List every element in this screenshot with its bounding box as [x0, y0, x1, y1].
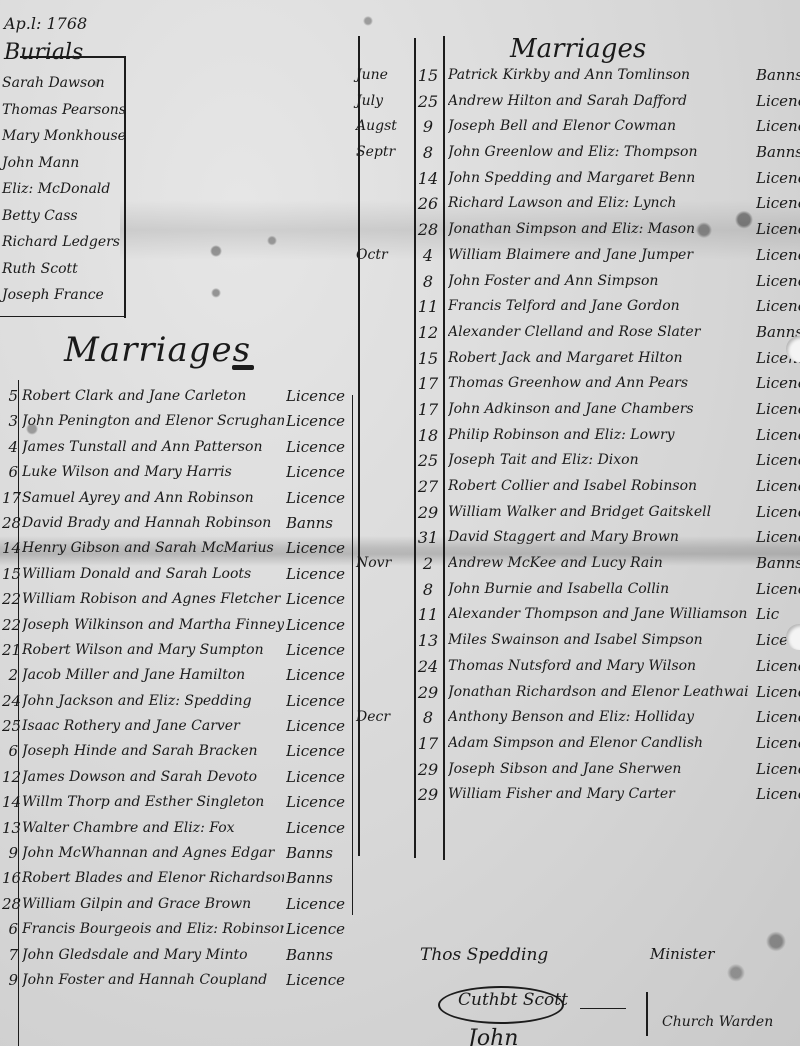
day-cell: 25: [2, 714, 18, 739]
marriage-row: 6Joseph Hinde and Sarah BrackenLicence: [0, 739, 360, 764]
day-cell: 9: [414, 114, 442, 139]
month-cell: Augst: [356, 114, 412, 139]
marriage-row: Decr8Anthony Benson and Eliz: HollidayLi…: [352, 705, 800, 731]
day-cell: 29: [414, 757, 442, 782]
type-cell: Licence: [756, 782, 800, 807]
burial-entry: John Mann: [0, 150, 124, 177]
names-cell: John McWhannan and Agnes Edgar: [22, 841, 284, 866]
names-cell: Alexander Thompson and Jane Williamson: [448, 602, 748, 627]
day-cell: 29: [414, 680, 442, 705]
month-cell: Decr: [356, 705, 412, 730]
month-cell: Septr: [356, 140, 412, 165]
day-cell: 6: [2, 917, 18, 942]
names-cell: William Fisher and Mary Carter: [448, 782, 748, 807]
type-cell: Licence: [756, 243, 800, 268]
names-cell: Isaac Rothery and Jane Carver: [22, 714, 284, 739]
names-cell: Joseph Sibson and Jane Sherwen: [448, 757, 748, 782]
day-cell: 25: [414, 89, 442, 114]
names-cell: Francis Bourgeois and Eliz: Robinson: [22, 917, 284, 942]
type-cell: Licence: [756, 525, 800, 550]
burials-box-bottom-border: [0, 316, 126, 317]
day-cell: 9: [2, 968, 18, 993]
names-cell: David Brady and Hannah Robinson: [22, 511, 284, 536]
type-cell: Licence: [756, 577, 800, 602]
day-cell: 8: [414, 140, 442, 165]
type-cell: Licence: [286, 689, 360, 714]
day-cell: 12: [414, 320, 442, 345]
burial-entry: Ruth Scott: [0, 256, 124, 283]
type-cell: Banns: [286, 511, 360, 536]
day-cell: 8: [414, 269, 442, 294]
marriage-row: 5Robert Clark and Jane CarletonLicence: [0, 384, 360, 409]
day-cell: 13: [2, 816, 18, 841]
marriage-row: 14Willm Thorp and Esther SingletonLicenc…: [0, 790, 360, 815]
marriage-row: July25Andrew Hilton and Sarah DaffordLic…: [352, 89, 800, 115]
signature-bracket: [646, 992, 648, 1036]
names-cell: William Walker and Bridget Gaitskell: [448, 500, 748, 525]
names-cell: Joseph Bell and Elenor Cowman: [448, 114, 748, 139]
type-cell: Licence: [756, 500, 800, 525]
day-cell: 4: [414, 243, 442, 268]
day-cell: 5: [2, 384, 18, 409]
burial-entry: Sarah Dawson: [0, 70, 124, 97]
churchwarden-signature: Cuthbt Scott: [458, 990, 568, 1010]
minister-signature: Thos Spedding: [420, 945, 548, 965]
type-cell: Banns: [756, 63, 800, 88]
names-cell: Robert Collier and Isabel Robinson: [448, 474, 748, 499]
marriage-row: 26Richard Lawson and Eliz: LynchLicence: [352, 191, 800, 217]
type-cell: Banns: [286, 943, 360, 968]
names-cell: Jonathan Simpson and Eliz: Mason: [448, 217, 748, 242]
type-cell: Licence: [286, 613, 360, 638]
day-cell: 17: [414, 371, 442, 396]
day-cell: 15: [2, 562, 18, 587]
marriage-row: 18Philip Robinson and Eliz: LowryLicence: [352, 423, 800, 449]
day-cell: 25: [414, 448, 442, 473]
type-cell: Lic: [756, 602, 800, 627]
names-cell: Robert Blades and Elenor Richardson: [22, 866, 284, 891]
day-cell: 7: [2, 943, 18, 968]
burial-entry: Betty Cass: [0, 203, 124, 230]
day-cell: 6: [2, 460, 18, 485]
type-cell: Licence: [756, 269, 800, 294]
names-cell: John Penington and Elenor Scrugham: [22, 409, 284, 434]
type-cell: Licence: [756, 474, 800, 499]
names-cell: David Staggert and Mary Brown: [448, 525, 748, 550]
day-cell: 15: [414, 346, 442, 371]
marriage-row: 22William Robison and Agnes FletcherLice…: [0, 587, 360, 612]
marriage-row: 2Jacob Miller and Jane HamiltonLicence: [0, 663, 360, 688]
day-cell: 28: [2, 511, 18, 536]
day-cell: 6: [2, 739, 18, 764]
names-cell: Patrick Kirkby and Ann Tomlinson: [448, 63, 748, 88]
names-cell: Alexander Clelland and Rose Slater: [448, 320, 748, 345]
type-cell: Licence: [286, 790, 360, 815]
day-cell: 16: [2, 866, 18, 891]
marriage-row: 28David Brady and Hannah RobinsonBanns: [0, 511, 360, 536]
type-cell: Licence: [756, 166, 800, 191]
type-cell: Licence: [756, 423, 800, 448]
marriage-row: 9John McWhannan and Agnes EdgarBanns: [0, 841, 360, 866]
names-cell: Jonathan Richardson and Elenor Leathwait…: [448, 680, 748, 705]
marriage-row: 25Joseph Tait and Eliz: DixonLicence: [352, 448, 800, 474]
names-cell: John Foster and Hannah Coupland: [22, 968, 284, 993]
month-cell: June: [356, 63, 412, 88]
marriage-row: 17Adam Simpson and Elenor CandlishLicenc…: [352, 731, 800, 757]
left-marriages-list: 5Robert Clark and Jane CarletonLicence 3…: [0, 384, 360, 993]
names-cell: Joseph Tait and Eliz: Dixon: [448, 448, 748, 473]
register-page: Ap.l: 1768 Burials Sarah Dawson Thomas P…: [0, 0, 800, 1046]
month-cell: July: [356, 89, 412, 114]
day-cell: 9: [2, 841, 18, 866]
marriage-row: 15William Donald and Sarah LootsLicence: [0, 562, 360, 587]
marriage-row: 3John Penington and Elenor ScrughamLicen…: [0, 409, 360, 434]
names-cell: John Spedding and Margaret Benn: [448, 166, 748, 191]
left-marriages-title: Marriages: [64, 330, 251, 370]
title-underline-dash: [232, 365, 254, 370]
burials-year-heading: Ap.l: 1768: [4, 14, 87, 33]
type-cell: Licence: [286, 816, 360, 841]
day-cell: 22: [2, 613, 18, 638]
names-cell: James Dowson and Sarah Devoto: [22, 765, 284, 790]
type-cell: Licence: [286, 638, 360, 663]
type-cell: Licence: [286, 892, 360, 917]
marriage-row: 21Robert Wilson and Mary SumptonLicence: [0, 638, 360, 663]
names-cell: Francis Telford and Jane Gordon: [448, 294, 748, 319]
marriage-row: 16Robert Blades and Elenor RichardsonBan…: [0, 866, 360, 891]
marriage-row: 13Miles Swainson and Isabel SimpsonLicen…: [352, 628, 800, 654]
day-cell: 11: [414, 602, 442, 627]
day-cell: 14: [2, 536, 18, 561]
day-cell: 8: [414, 705, 442, 730]
marriage-row: 6Francis Bourgeois and Eliz: RobinsonLic…: [0, 917, 360, 942]
type-cell: Banns: [286, 841, 360, 866]
day-cell: 24: [2, 689, 18, 714]
marriage-row: 15Robert Jack and Margaret HiltonLicence: [352, 346, 800, 372]
burial-entry: Mary Monkhouse: [0, 123, 124, 150]
day-cell: 28: [414, 217, 442, 242]
marriage-row: 9John Foster and Hannah CouplandLicence: [0, 968, 360, 993]
names-cell: Adam Simpson and Elenor Candlish: [448, 731, 748, 756]
marriage-row: 29Joseph Sibson and Jane SherwenLicence: [352, 757, 800, 783]
type-cell: Licence: [756, 705, 800, 730]
marriage-row: 22Joseph Wilkinson and Martha FinneyLice…: [0, 613, 360, 638]
marriage-row: 8John Burnie and Isabella CollinLicence: [352, 577, 800, 603]
type-cell: Licence: [286, 968, 360, 993]
partial-signature: John: [468, 1026, 518, 1046]
type-cell: Banns: [756, 551, 800, 576]
marriage-row: 8John Foster and Ann SimpsonLicence: [352, 269, 800, 295]
day-cell: 21: [2, 638, 18, 663]
names-cell: Jacob Miller and Jane Hamilton: [22, 663, 284, 688]
type-cell: Licence: [756, 680, 800, 705]
type-cell: Licence: [286, 663, 360, 688]
burials-title: Burials: [4, 40, 83, 65]
names-cell: William Gilpin and Grace Brown: [22, 892, 284, 917]
type-cell: Licence: [286, 562, 360, 587]
names-cell: Joseph Wilkinson and Martha Finney: [22, 613, 284, 638]
marriage-row: Augst9Joseph Bell and Elenor CowmanLicen…: [352, 114, 800, 140]
type-cell: Licence: [756, 217, 800, 242]
marriage-row: 27Robert Collier and Isabel RobinsonLice…: [352, 474, 800, 500]
type-cell: Licence: [756, 89, 800, 114]
day-cell: 17: [2, 486, 18, 511]
day-cell: 13: [414, 628, 442, 653]
marriage-row: 17John Adkinson and Jane ChambersLicence: [352, 397, 800, 423]
marriage-row: Octr4William Blaimere and Jane JumperLic…: [352, 243, 800, 269]
names-cell: Willm Thorp and Esther Singleton: [22, 790, 284, 815]
names-cell: John Adkinson and Jane Chambers: [448, 397, 748, 422]
marriage-row: June15Patrick Kirkby and Ann TomlinsonBa…: [352, 63, 800, 89]
day-cell: 4: [2, 435, 18, 460]
marriage-row: 14John Spedding and Margaret BennLicence: [352, 166, 800, 192]
names-cell: Joseph Hinde and Sarah Bracken: [22, 739, 284, 764]
type-cell: Licence: [286, 409, 360, 434]
signature-dash: [580, 1008, 626, 1009]
type-cell: Licence: [286, 714, 360, 739]
marriage-row: 6Luke Wilson and Mary HarrisLicence: [0, 460, 360, 485]
day-cell: 11: [414, 294, 442, 319]
day-cell: 8: [414, 577, 442, 602]
day-cell: 14: [414, 166, 442, 191]
type-cell: Licence: [286, 384, 360, 409]
day-cell: 22: [2, 587, 18, 612]
marriage-row: 17Samuel Ayrey and Ann RobinsonLicence: [0, 486, 360, 511]
type-cell: Licence: [756, 397, 800, 422]
names-cell: Robert Wilson and Mary Sumpton: [22, 638, 284, 663]
names-cell: John Burnie and Isabella Collin: [448, 577, 748, 602]
marriage-row: 24Thomas Nutsford and Mary WilsonLicence: [352, 654, 800, 680]
marriage-row: 11Alexander Thompson and Jane Williamson…: [352, 602, 800, 628]
names-cell: Andrew McKee and Lucy Rain: [448, 551, 748, 576]
marriage-row: 29William Walker and Bridget GaitskellLi…: [352, 500, 800, 526]
marriage-row: 29Jonathan Richardson and Elenor Leathwa…: [352, 680, 800, 706]
day-cell: 3: [2, 409, 18, 434]
day-cell: 14: [2, 790, 18, 815]
marriage-row: Novr2Andrew McKee and Lucy RainBanns: [352, 551, 800, 577]
burial-entry: Eliz: McDonald: [0, 176, 124, 203]
names-cell: James Tunstall and Ann Patterson: [22, 435, 284, 460]
marriage-row: 25Isaac Rothery and Jane CarverLicence: [0, 714, 360, 739]
burials-list: Sarah Dawson Thomas Pearsons Mary Monkho…: [0, 70, 124, 309]
names-cell: Robert Jack and Margaret Hilton: [448, 346, 748, 371]
marriage-row: 12James Dowson and Sarah DevotoLicence: [0, 765, 360, 790]
names-cell: John Gledsdale and Mary Minto: [22, 943, 284, 968]
marriage-row: 11Francis Telford and Jane GordonLicence: [352, 294, 800, 320]
day-cell: 29: [414, 782, 442, 807]
burial-entry: Thomas Pearsons: [0, 97, 124, 124]
type-cell: Banns: [286, 866, 360, 891]
churchwarden-role: Church Warden: [662, 1014, 773, 1030]
type-cell: Licence: [286, 765, 360, 790]
names-cell: Thomas Greenhow and Ann Pears: [448, 371, 748, 396]
day-cell: 18: [414, 423, 442, 448]
burial-entry: Richard Ledgers: [0, 229, 124, 256]
marriage-row: 28Jonathan Simpson and Eliz: MasonLicenc…: [352, 217, 800, 243]
names-cell: Walter Chambre and Eliz: Fox: [22, 816, 284, 841]
day-cell: 2: [2, 663, 18, 688]
marriage-row: 12Alexander Clelland and Rose SlaterBann…: [352, 320, 800, 346]
type-cell: Licence: [286, 917, 360, 942]
marriage-row: 17Thomas Greenhow and Ann PearsLicence: [352, 371, 800, 397]
names-cell: John Jackson and Eliz: Spedding: [22, 689, 284, 714]
marriage-row: 28William Gilpin and Grace BrownLicence: [0, 892, 360, 917]
type-cell: Licence: [286, 486, 360, 511]
day-cell: 24: [414, 654, 442, 679]
names-cell: Andrew Hilton and Sarah Dafford: [448, 89, 748, 114]
marriage-row: 7John Gledsdale and Mary MintoBanns: [0, 943, 360, 968]
day-cell: 17: [414, 731, 442, 756]
type-cell: Licence: [756, 294, 800, 319]
right-marriages-list: June15Patrick Kirkby and Ann TomlinsonBa…: [352, 63, 800, 808]
names-cell: John Greenlow and Eliz: Thompson: [448, 140, 748, 165]
marriage-row: 24John Jackson and Eliz: SpeddingLicence: [0, 689, 360, 714]
marriage-row: Septr8John Greenlow and Eliz: ThompsonBa…: [352, 140, 800, 166]
names-cell: Luke Wilson and Mary Harris: [22, 460, 284, 485]
month-cell: Novr: [356, 551, 412, 576]
names-cell: Richard Lawson and Eliz: Lynch: [448, 191, 748, 216]
names-cell: Samuel Ayrey and Ann Robinson: [22, 486, 284, 511]
type-cell: Licence: [286, 460, 360, 485]
type-cell: Licence: [756, 191, 800, 216]
day-cell: 26: [414, 191, 442, 216]
type-cell: Licence: [756, 114, 800, 139]
names-cell: Anthony Benson and Eliz: Holliday: [448, 705, 748, 730]
day-cell: 31: [414, 525, 442, 550]
names-cell: John Foster and Ann Simpson: [448, 269, 748, 294]
day-cell: 15: [414, 63, 442, 88]
minister-role: Minister: [650, 945, 714, 963]
marriage-row: 31David Staggert and Mary BrownLicence: [352, 525, 800, 551]
names-cell: William Blaimere and Jane Jumper: [448, 243, 748, 268]
names-cell: William Donald and Sarah Loots: [22, 562, 284, 587]
marriage-row: 4James Tunstall and Ann PattersonLicence: [0, 435, 360, 460]
names-cell: Miles Swainson and Isabel Simpson: [448, 628, 748, 653]
type-cell: Licence: [756, 757, 800, 782]
names-cell: Philip Robinson and Eliz: Lowry: [448, 423, 748, 448]
type-cell: Licence: [756, 371, 800, 396]
day-cell: 27: [414, 474, 442, 499]
day-cell: 28: [2, 892, 18, 917]
type-cell: Licence: [286, 587, 360, 612]
right-marriages-title: Marriages: [510, 34, 646, 64]
names-cell: Thomas Nutsford and Mary Wilson: [448, 654, 748, 679]
month-cell: Octr: [356, 243, 412, 268]
burials-box-right-border: [124, 56, 126, 318]
day-cell: 17: [414, 397, 442, 422]
names-cell: William Robison and Agnes Fletcher: [22, 587, 284, 612]
type-cell: Licence: [756, 654, 800, 679]
type-cell: Banns: [756, 140, 800, 165]
day-cell: 2: [414, 551, 442, 576]
marriage-row: 29William Fisher and Mary CarterLicence: [352, 782, 800, 808]
type-cell: Licence: [286, 435, 360, 460]
marriage-row: 13Walter Chambre and Eliz: FoxLicence: [0, 816, 360, 841]
names-cell: Henry Gibson and Sarah McMarius: [22, 536, 284, 561]
type-cell: Licence: [756, 448, 800, 473]
type-cell: Licence: [286, 739, 360, 764]
names-cell: Robert Clark and Jane Carleton: [22, 384, 284, 409]
day-cell: 29: [414, 500, 442, 525]
type-cell: Licence: [756, 731, 800, 756]
day-cell: 12: [2, 765, 18, 790]
burials-box-top-border: [20, 56, 126, 58]
type-cell: Licence: [286, 536, 360, 561]
burial-entry: Joseph France: [0, 282, 124, 309]
marriage-row: 14Henry Gibson and Sarah McMariusLicence: [0, 536, 360, 561]
